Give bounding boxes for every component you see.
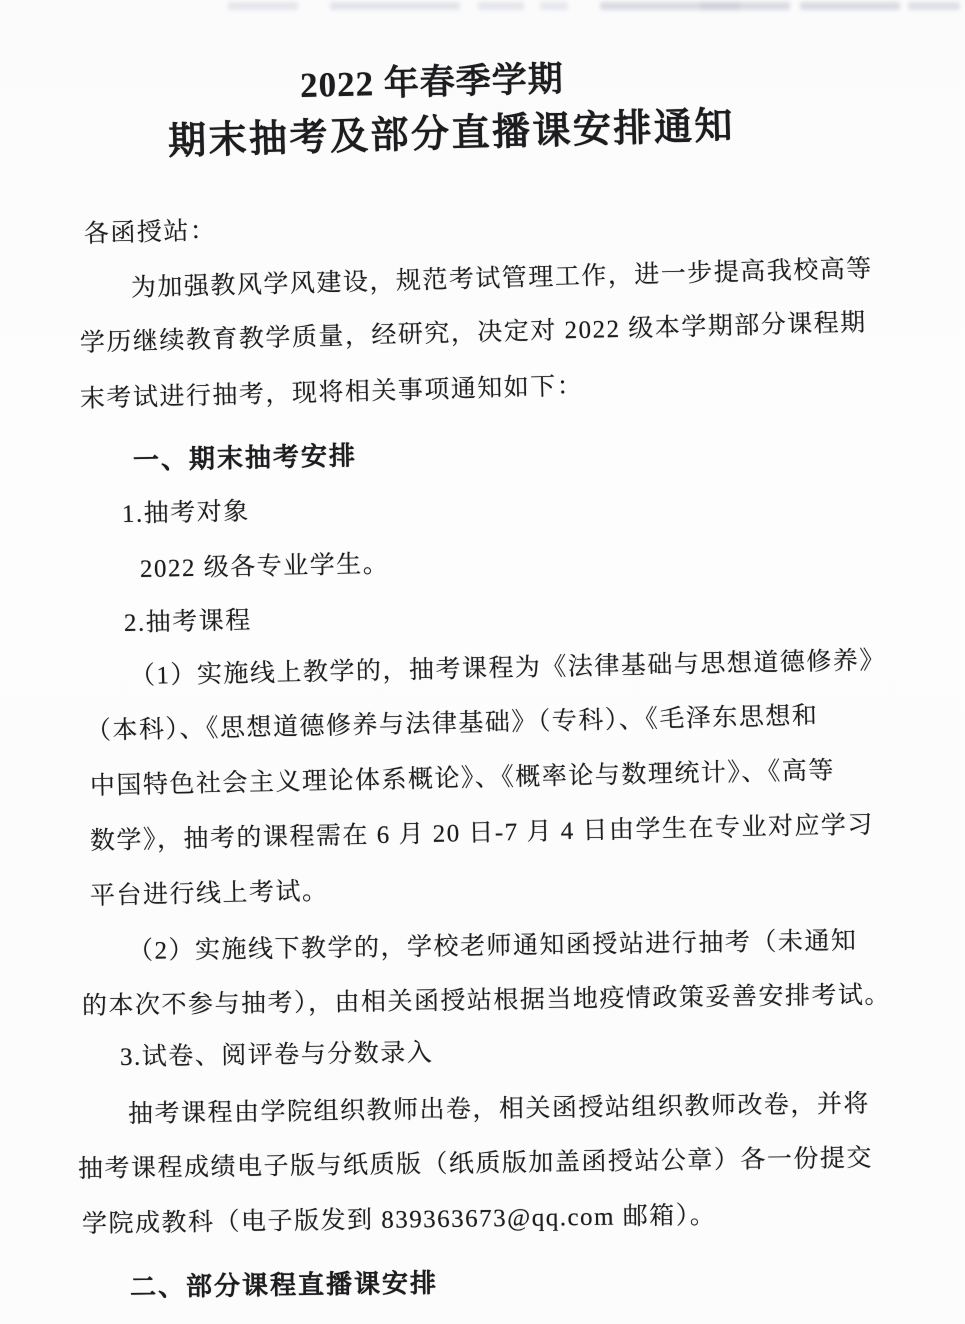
body-line: （1）实施线上教学的，抽考课程为《法律基础与思想道德修养》 [130, 645, 887, 693]
scan-smudge [228, 2, 298, 10]
body-line: 中国特色社会主义理论体系概论》、《概率论与数理统计》、《高等 [90, 755, 836, 803]
body-line: 抽考课程由学院组织教师出卷，相关函授站组织教师改卷，并将 [128, 1089, 870, 1132]
scanned-notice-page: 2022 年春季学期 期末抽考及部分直播课安排通知 各函授站： 为加强教风学风建… [0, 0, 965, 1324]
body-line: 抽考课程成绩电子版与纸质版（纸质版加盖函授站公章）各一份提交 [78, 1143, 873, 1187]
body-line-email: 学院成教科（电子版发到 839363673@qq.com 邮箱）。 [82, 1200, 717, 1241]
section-heading-2: 二、部分课程直播课安排 [130, 1267, 438, 1305]
top-edge-scan-artifact [0, 0, 965, 16]
section-heading-1: 一、期末抽考安排 [133, 439, 358, 477]
body-line: 平台进行线上考试。 [90, 876, 329, 913]
body-line: 2022 级各专业学生。 [140, 549, 390, 587]
body-line: （本科）、《思想道德修养与法律基础》（专科）、《毛泽东思想和 [86, 701, 819, 749]
body-line: 学历继续教育教学质量，经研究，决定对 2022 级本学期部分课程期 [80, 307, 868, 360]
salutation: 各函授站： [84, 216, 217, 252]
scan-smudge [700, 2, 740, 10]
body-line: 数学》，抽考的课程需在 6 月 20 日-7 月 4 日由学生在专业对应学习 [90, 810, 875, 859]
body-line: 的本次不参与抽考），由相关函授站根据当地疫情政策妥善安排考试。 [82, 980, 891, 1024]
scan-smudge [800, 2, 900, 10]
scan-smudge [908, 2, 960, 10]
scan-smudge [330, 2, 460, 10]
subheading-1: 1.抽考对象 [122, 496, 250, 531]
scan-smudge [600, 2, 790, 10]
subheading-3: 3.试卷、阅评卷与分数录入 [120, 1038, 434, 1075]
body-line: 为加强教风学风建设，规范考试管理工作，进一步提高我校高等 [131, 254, 874, 306]
scan-smudge [478, 2, 524, 10]
body-line: 末考试进行抽考，现将相关事项通知如下： [80, 371, 584, 417]
notice-title-line2: 期末抽考及部分直播课安排通知 [167, 94, 735, 165]
subheading-2: 2.抽考课程 [124, 605, 252, 640]
scan-smudge [540, 2, 568, 10]
body-line: （2）实施线下教学的，学校老师通知函授站进行抽考（未通知 [128, 926, 858, 969]
